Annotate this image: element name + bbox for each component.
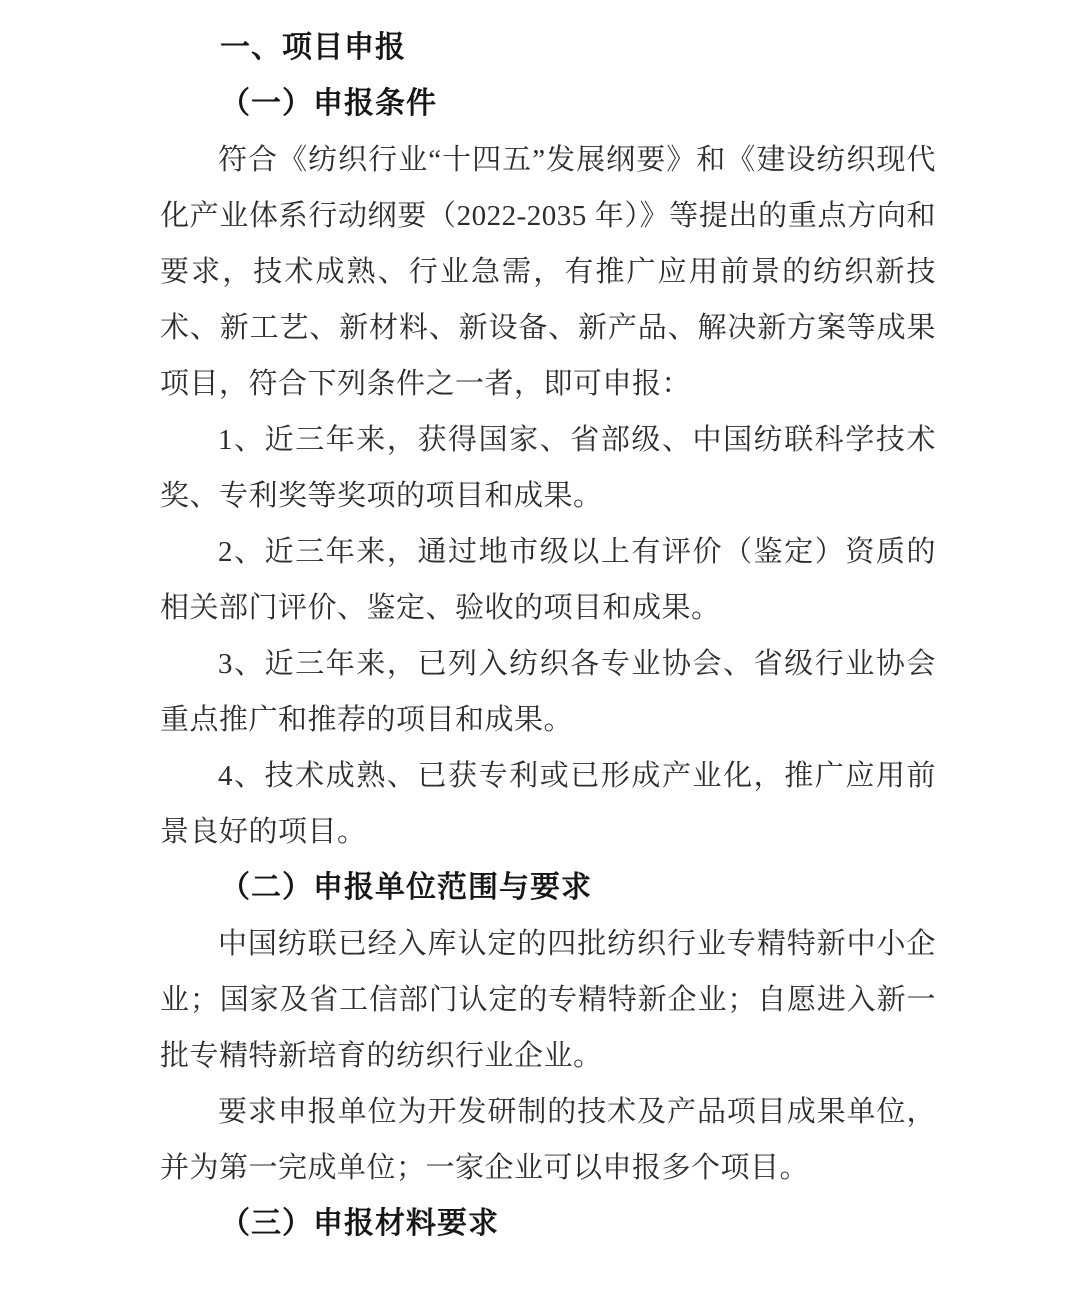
paragraph: 1、近三年来，获得国家、省部级、中国纺联科学技术奖、专利奖等奖项的项目和成果。 — [160, 412, 936, 524]
paragraph: 中国纺联已经入库认定的四批纺织行业专精特新中小企业；国家及省工信部门认定的专精特… — [160, 916, 936, 1084]
section-heading: （二）申报单位范围与要求 — [160, 860, 936, 916]
paragraph: 要求申报单位为开发研制的技术及产品项目成果单位，并为第一完成单位；一家企业可以申… — [160, 1084, 936, 1196]
section-heading: （三）申报材料要求 — [160, 1196, 936, 1252]
section-heading: 一、项目申报 — [160, 20, 936, 76]
paragraph: 3、近三年来，已列入纺织各专业协会、省级行业协会重点推广和推荐的项目和成果。 — [160, 636, 936, 748]
section-heading: （一）申报条件 — [160, 76, 936, 132]
paragraph: 4、技术成熟、已获专利或已形成产业化，推广应用前景良好的项目。 — [160, 748, 936, 860]
paragraph: 2、近三年来，通过地市级以上有评价（鉴定）资质的相关部门评价、鉴定、验收的项目和… — [160, 524, 936, 636]
document-page: 一、项目申报（一）申报条件符合《纺织行业“十四五”发展纲要》和《建设纺织现代化产… — [0, 0, 1080, 1302]
paragraph: 符合《纺织行业“十四五”发展纲要》和《建设纺织现代化产业体系行动纲要（2022-… — [160, 132, 936, 412]
